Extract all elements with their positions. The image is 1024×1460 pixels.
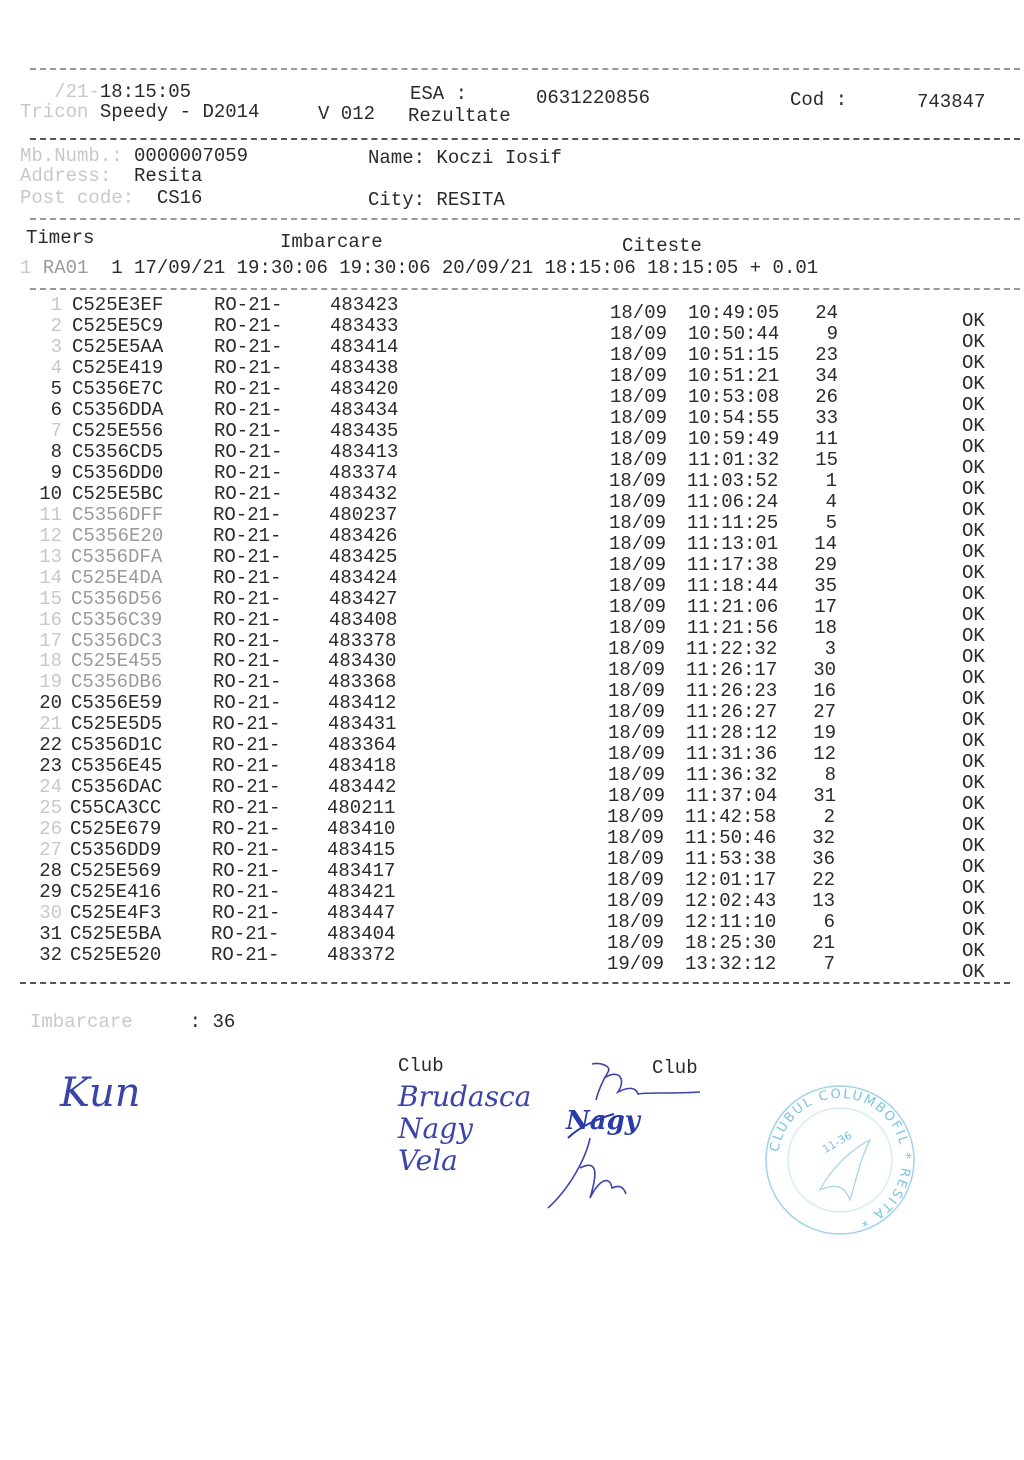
club-stamp: CLUBUL COLUMBOFIL * RESITA * 11-36 <box>760 1080 920 1240</box>
imbarcare-total: Imbarcare : 36 <box>30 1012 235 1033</box>
member-postcode: Post code: CS16 <box>20 188 202 209</box>
esa-label: ESA : <box>410 84 467 105</box>
address-value: Resita <box>134 165 202 187</box>
svg-text:11-36: 11-36 <box>820 1129 854 1156</box>
member-city: City: RESITA <box>368 190 505 211</box>
cod-value: 743847 <box>917 92 985 113</box>
timer-row: 1 RA01 1 17/09/21 19:30:06 19:30:06 20/0… <box>20 258 818 279</box>
timestamp-time: 18:15:05 <box>100 81 191 103</box>
city-label: City: <box>368 189 425 211</box>
name-value: Koczi Iosif <box>436 147 561 169</box>
arrival-date: 19/09 <box>607 954 664 975</box>
timer-times: 1 17/09/21 19:30:06 19:30:06 20/09/21 18… <box>111 257 818 279</box>
program-brand-faded: Tricon <box>20 101 100 123</box>
signature-scribbles <box>540 1058 710 1218</box>
divider <box>30 218 1020 220</box>
placement: 7 <box>797 954 835 975</box>
cod-label: Cod : <box>790 90 847 111</box>
report-type: Rezultate <box>408 106 511 127</box>
divider <box>30 138 1020 140</box>
program-title: Tricon Speedy - D2014 <box>20 102 259 123</box>
timers-label: Timers <box>26 228 94 249</box>
club-label-left: Club <box>398 1056 444 1077</box>
timer-index: 1 <box>20 257 31 279</box>
handwritten-name-1: Brudasca <box>398 1080 531 1113</box>
member-address: Address: Resita <box>20 166 202 187</box>
timer-id: RA01 <box>43 257 89 279</box>
table-row-arrival: 19/0913:32:127OK <box>0 954 1024 975</box>
imbarcare-total-label: Imbarcare <box>30 1011 133 1033</box>
postcode-value: CS16 <box>157 187 203 209</box>
name-label: Name: <box>368 147 425 169</box>
member-name: Name: Koczi Iosif <box>368 148 562 169</box>
program-version: V 012 <box>318 104 375 125</box>
divider <box>30 68 1020 70</box>
postcode-label: Post code: <box>20 187 134 209</box>
esa-value: 0631220856 <box>536 88 650 109</box>
handwritten-name-2: Nagy <box>398 1112 473 1145</box>
signature-left: Kun <box>60 1070 141 1116</box>
member-number: Mb.Numb.: 0000007059 <box>20 146 248 167</box>
arrival-time: 13:32:12 <box>685 954 776 975</box>
divider <box>30 288 1020 290</box>
address-label: Address: <box>20 165 111 187</box>
timestamp-date-faded: /21- <box>20 81 100 103</box>
member-number-value: 0000007059 <box>134 145 248 167</box>
citeste-label: Citeste <box>622 236 702 257</box>
imbarcare-label: Imbarcare <box>280 232 383 253</box>
divider <box>20 982 1010 984</box>
city-value: RESITA <box>436 189 504 211</box>
member-number-label: Mb.Numb.: <box>20 145 123 167</box>
print-timestamp: /21-18:15:05 <box>20 82 191 103</box>
program-name: Speedy - D2014 <box>100 101 260 123</box>
status-ok: OK <box>962 962 985 983</box>
handwritten-name-3: Vela <box>398 1144 458 1177</box>
imbarcare-total-value: : 36 <box>190 1011 236 1033</box>
